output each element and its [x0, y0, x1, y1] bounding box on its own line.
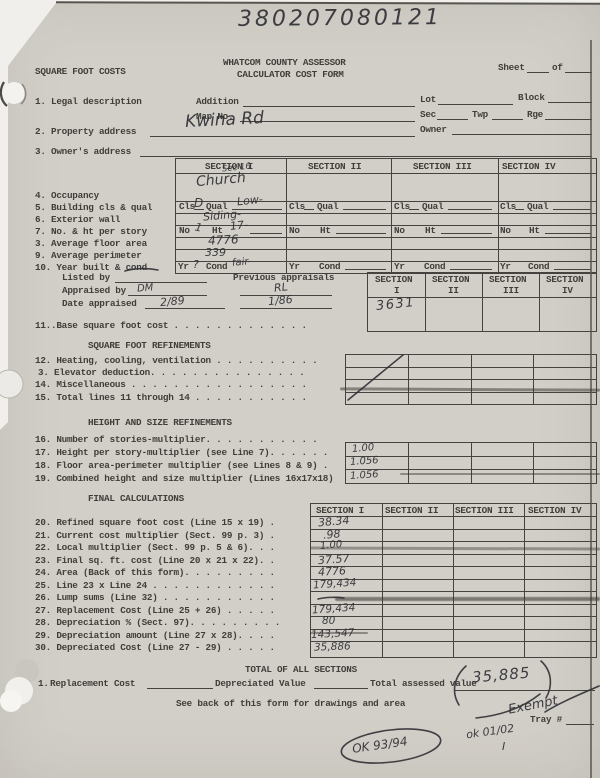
- qual-label: Qual: [422, 201, 443, 212]
- ht-label: Ht: [425, 225, 436, 236]
- scan-streak: [310, 632, 368, 634]
- row-label-30: 30. Depreciated Cost (Line 27 - 29) . . …: [35, 642, 275, 653]
- date-appraised-label: Date appraised: [62, 298, 137, 309]
- rge-blank: [545, 119, 592, 120]
- base-col-subheader: IV: [562, 285, 573, 296]
- cls-label: Cls: [179, 201, 195, 212]
- scan-streak: [335, 597, 600, 601]
- qual-blank: [553, 209, 591, 210]
- cls-label: Cls: [394, 201, 410, 212]
- listed-by-blank: [115, 282, 207, 283]
- property-address-blank: [150, 136, 415, 137]
- row-label-20: 20. Refined square foot cost (Line 15 x …: [35, 517, 275, 528]
- cond-blank: [345, 269, 386, 270]
- table-gridline: [539, 273, 540, 331]
- table-gridline: [311, 554, 596, 555]
- cls-blank: [515, 209, 524, 210]
- yr-label: Yr: [500, 261, 511, 272]
- base-col-subheader: I: [394, 285, 399, 296]
- table-gridline: [391, 159, 392, 273]
- cond-blank: [554, 269, 591, 270]
- owner-label: Owner: [420, 124, 447, 135]
- sec-label: Sec: [420, 109, 436, 120]
- cond-blank: [450, 269, 492, 270]
- handwritten-doc-number: 380207080121: [238, 5, 442, 32]
- row-label-perimeter: 9. Average perimeter: [35, 250, 142, 261]
- twp-label: Twp: [472, 109, 488, 120]
- base-col-header: SECTION: [546, 274, 583, 285]
- row-label-occupancy: 4. Occupancy: [35, 190, 99, 201]
- row-label-27: 27. Replacement Cost (Line 25 + 26) . . …: [35, 605, 275, 616]
- date-appraised-blank: [145, 308, 225, 309]
- sqft-refinements-table: [345, 354, 597, 405]
- table-gridline: [453, 504, 454, 657]
- ht-blank: [336, 233, 386, 234]
- rge-label: Rge: [527, 109, 543, 120]
- base-cost-label: 11..Base square foot cost . . . . . . . …: [35, 320, 307, 331]
- depreciated-value-label: Depreciated Value: [215, 678, 306, 689]
- row-label-25: 25. Line 23 x Line 24 . . . . . . . . . …: [35, 580, 275, 591]
- table-gridline: [311, 641, 596, 642]
- table-gridline: [346, 379, 596, 380]
- table-gridline: [286, 159, 287, 273]
- form-title-line1: WHATCOM COUNTY ASSESSOR: [223, 57, 346, 68]
- yr-label: Yr: [394, 261, 405, 272]
- table-gridline: [346, 392, 596, 393]
- row-label-23: 23. Final sq. ft. cost (Line 20 x 21 x 2…: [35, 555, 275, 566]
- handwritten-combined-mult: 1.056: [350, 469, 379, 482]
- ht-blank: [250, 233, 282, 234]
- qual-label: Qual: [317, 201, 338, 212]
- section4-header: SECTION IV: [502, 161, 555, 172]
- lot-label: Lot: [420, 94, 436, 105]
- row-label-floor-area: 3. Average floor area: [35, 238, 147, 249]
- row-label-floor-perim-mult: 18. Floor area-perimeter multiplier (see…: [35, 460, 328, 471]
- table-gridline: [524, 504, 525, 657]
- final-col-header-3: SECTION III: [455, 505, 514, 516]
- cls-label: Cls: [500, 201, 516, 212]
- owner-address-label: 3. Owner's address: [35, 146, 131, 157]
- base-col-header: SECTION: [432, 274, 469, 285]
- depreciated-value-blank: [314, 688, 368, 689]
- no-label: No: [394, 225, 405, 236]
- handwritten-appraised-by: DM: [137, 282, 154, 294]
- row-label-stories-mult: 16. Number of stories-multiplier. . . . …: [35, 434, 317, 445]
- block-label: Block: [518, 92, 545, 103]
- handwritten-depreciated-cost: 35,886: [314, 640, 351, 653]
- row-label-elevator: 3. Elevator deduction. . . . . . . . . .…: [38, 367, 304, 378]
- owner-blank: [452, 134, 592, 135]
- handwritten-year: ?: [193, 258, 199, 271]
- row-label-height-mult: 17. Height per story-multiplier (see Lin…: [35, 447, 328, 458]
- height-size-title: HEIGHT AND SIZE REFINEMENTS: [88, 417, 232, 428]
- base-col-subheader: II: [448, 285, 459, 296]
- row-label-heating: 12. Heating, cooling, ventilation . . . …: [35, 355, 317, 366]
- row-label-stories: 7. No. & ht per story: [35, 226, 147, 237]
- section2-header: SECTION II: [308, 161, 361, 172]
- totals-title: TOTAL OF ALL SECTIONS: [245, 664, 357, 675]
- handwritten-qual: Low-: [236, 193, 263, 209]
- table-gridline: [311, 616, 596, 617]
- final-col-header-4: SECTION IV: [528, 505, 581, 516]
- table-gridline: [533, 443, 534, 483]
- row-label-29: 29. Depreciation amount (Line 27 x 28). …: [35, 630, 275, 641]
- scan-streak: [400, 473, 600, 475]
- table-gridline: [346, 456, 596, 457]
- ht-blank: [545, 233, 591, 234]
- base-col-header: SECTION: [489, 274, 526, 285]
- no-label: No: [500, 225, 511, 236]
- handwritten-height: 17-: [229, 218, 248, 233]
- appraised-by-label: Appraised by: [62, 285, 126, 296]
- table-gridline: [176, 249, 596, 250]
- height-size-table: [345, 442, 597, 484]
- handwritten-ok-sub: I: [502, 740, 505, 753]
- assessed-value-label: Total assessed value: [370, 678, 477, 689]
- handwritten-property-address: Kwina Rd: [185, 108, 265, 132]
- row-label-exterior: 6. Exterior wall: [35, 214, 120, 225]
- row-label-28: 28. Depreciation % (Sect. 97). . . . . .…: [35, 617, 280, 628]
- tray-label: Tray #: [530, 714, 562, 725]
- row-label-24: 24. Area (Back of this form). . . . . . …: [35, 567, 275, 578]
- qual-blank: [343, 209, 386, 210]
- listed-by-label: Listed by: [62, 272, 110, 283]
- sqft-refinements-title: SQUARE FOOT REFINEMENTS: [88, 340, 211, 351]
- addition-blank: [243, 106, 415, 107]
- paper-right-edge: [590, 40, 592, 778]
- row-label-misc: 14. Miscellaneous . . . . . . . . . . . …: [35, 379, 307, 390]
- base-col-header: SECTION: [375, 274, 412, 285]
- table-gridline: [346, 469, 596, 470]
- qual-label: Qual: [527, 201, 548, 212]
- corner-label: SQUARE FOOT COSTS: [35, 66, 126, 77]
- final-calc-title: FINAL CALCULATIONS: [88, 493, 184, 504]
- no-label: No: [289, 225, 300, 236]
- form-title-line2: CALCULATOR COST FORM: [237, 69, 344, 80]
- handwritten-previous-date: 1/86: [267, 293, 293, 308]
- map-no-blank: [240, 121, 415, 122]
- table-gridline: [311, 541, 596, 542]
- row-label-building: 5. Building cls & qual: [35, 202, 152, 213]
- handwritten-condition: fair-: [232, 256, 252, 269]
- of-blank: [565, 72, 592, 73]
- scanned-page: 380207080121 WHATCOM COUNTY ASSESSOR CAL…: [0, 0, 600, 778]
- row-label-combined-mult: 19. Combined height and size multiplier …: [35, 473, 333, 484]
- table-gridline: [471, 443, 472, 483]
- legal-description-label: 1. Legal description: [35, 96, 142, 107]
- handwritten-perimeter: 339: [205, 246, 226, 259]
- property-address-label: 2. Property address: [35, 126, 136, 137]
- final-col-header-2: SECTION II: [385, 505, 438, 516]
- yr-label: Yr: [178, 261, 189, 272]
- block-blank: [548, 102, 592, 103]
- table-gridline: [176, 237, 596, 238]
- table-gridline: [425, 273, 426, 331]
- assessed-value-blank: [455, 690, 595, 691]
- sheet-label: Sheet: [498, 62, 525, 73]
- handwritten-floor-perim-mult: 1.056: [350, 455, 379, 468]
- handwritten-local-mult: 1.00: [320, 539, 343, 552]
- handwritten-height-mult: 1.00: [352, 442, 375, 455]
- lot-blank: [438, 104, 513, 105]
- addition-label: Addition: [196, 96, 239, 107]
- row-label-21: 21. Current cost multiplier (Sect. 99 p.…: [35, 530, 275, 541]
- yr-label: Yr: [289, 261, 300, 272]
- table-gridline: [311, 591, 596, 592]
- cond-label: Cond: [424, 261, 445, 272]
- ht-label: Ht: [320, 225, 331, 236]
- handwritten-date-appraised: 2/89: [159, 294, 185, 309]
- twp-blank: [492, 119, 523, 120]
- owner-address-blank: [140, 156, 592, 157]
- base-col-subheader: III: [503, 285, 519, 296]
- table-gridline: [498, 159, 499, 273]
- row-label-26: 26. Lump sums (Line 32) . . . . . . . . …: [35, 592, 275, 603]
- of-label: of: [552, 62, 563, 73]
- replacement-cost-label: Replacement Cost: [50, 678, 135, 689]
- qual-blank: [448, 209, 492, 210]
- table-gridline: [382, 504, 383, 657]
- cls-blank: [409, 209, 419, 210]
- cond-label: Cond: [319, 261, 340, 272]
- handwritten-cls: D: [194, 196, 203, 210]
- table-gridline: [482, 273, 483, 331]
- cls-label: Cls: [289, 201, 305, 212]
- no-label: No: [179, 225, 190, 236]
- sec-blank: [437, 119, 468, 120]
- handwritten-depreciation-amt: 143,547: [311, 627, 355, 641]
- row-label-total-11-14: 15. Total lines 11 through 14 . . . . . …: [35, 392, 307, 403]
- previous-date-blank: [240, 308, 332, 309]
- cls-blank: [304, 209, 314, 210]
- replacement-cost-blank: [147, 688, 213, 689]
- cond-label: Cond: [206, 261, 227, 272]
- sheet-blank: [527, 72, 549, 73]
- table-gridline: [311, 566, 596, 567]
- cond-label: Cond: [528, 261, 549, 272]
- ht-blank: [441, 233, 492, 234]
- table-gridline: [311, 529, 596, 530]
- line31-number: 1.: [38, 678, 49, 689]
- ht-label: Ht: [529, 225, 540, 236]
- section3-header: SECTION III: [413, 161, 472, 172]
- table-gridline: [408, 443, 409, 483]
- row-label-22: 22. Local multiplier (Sect. 99 p. 5 & 6)…: [35, 542, 275, 553]
- handwritten-depreciation-pct: 80: [322, 615, 335, 627]
- table-gridline: [346, 367, 596, 368]
- see-back-note: See back of this form for drawings and a…: [176, 698, 405, 709]
- table-gridline: [311, 516, 596, 517]
